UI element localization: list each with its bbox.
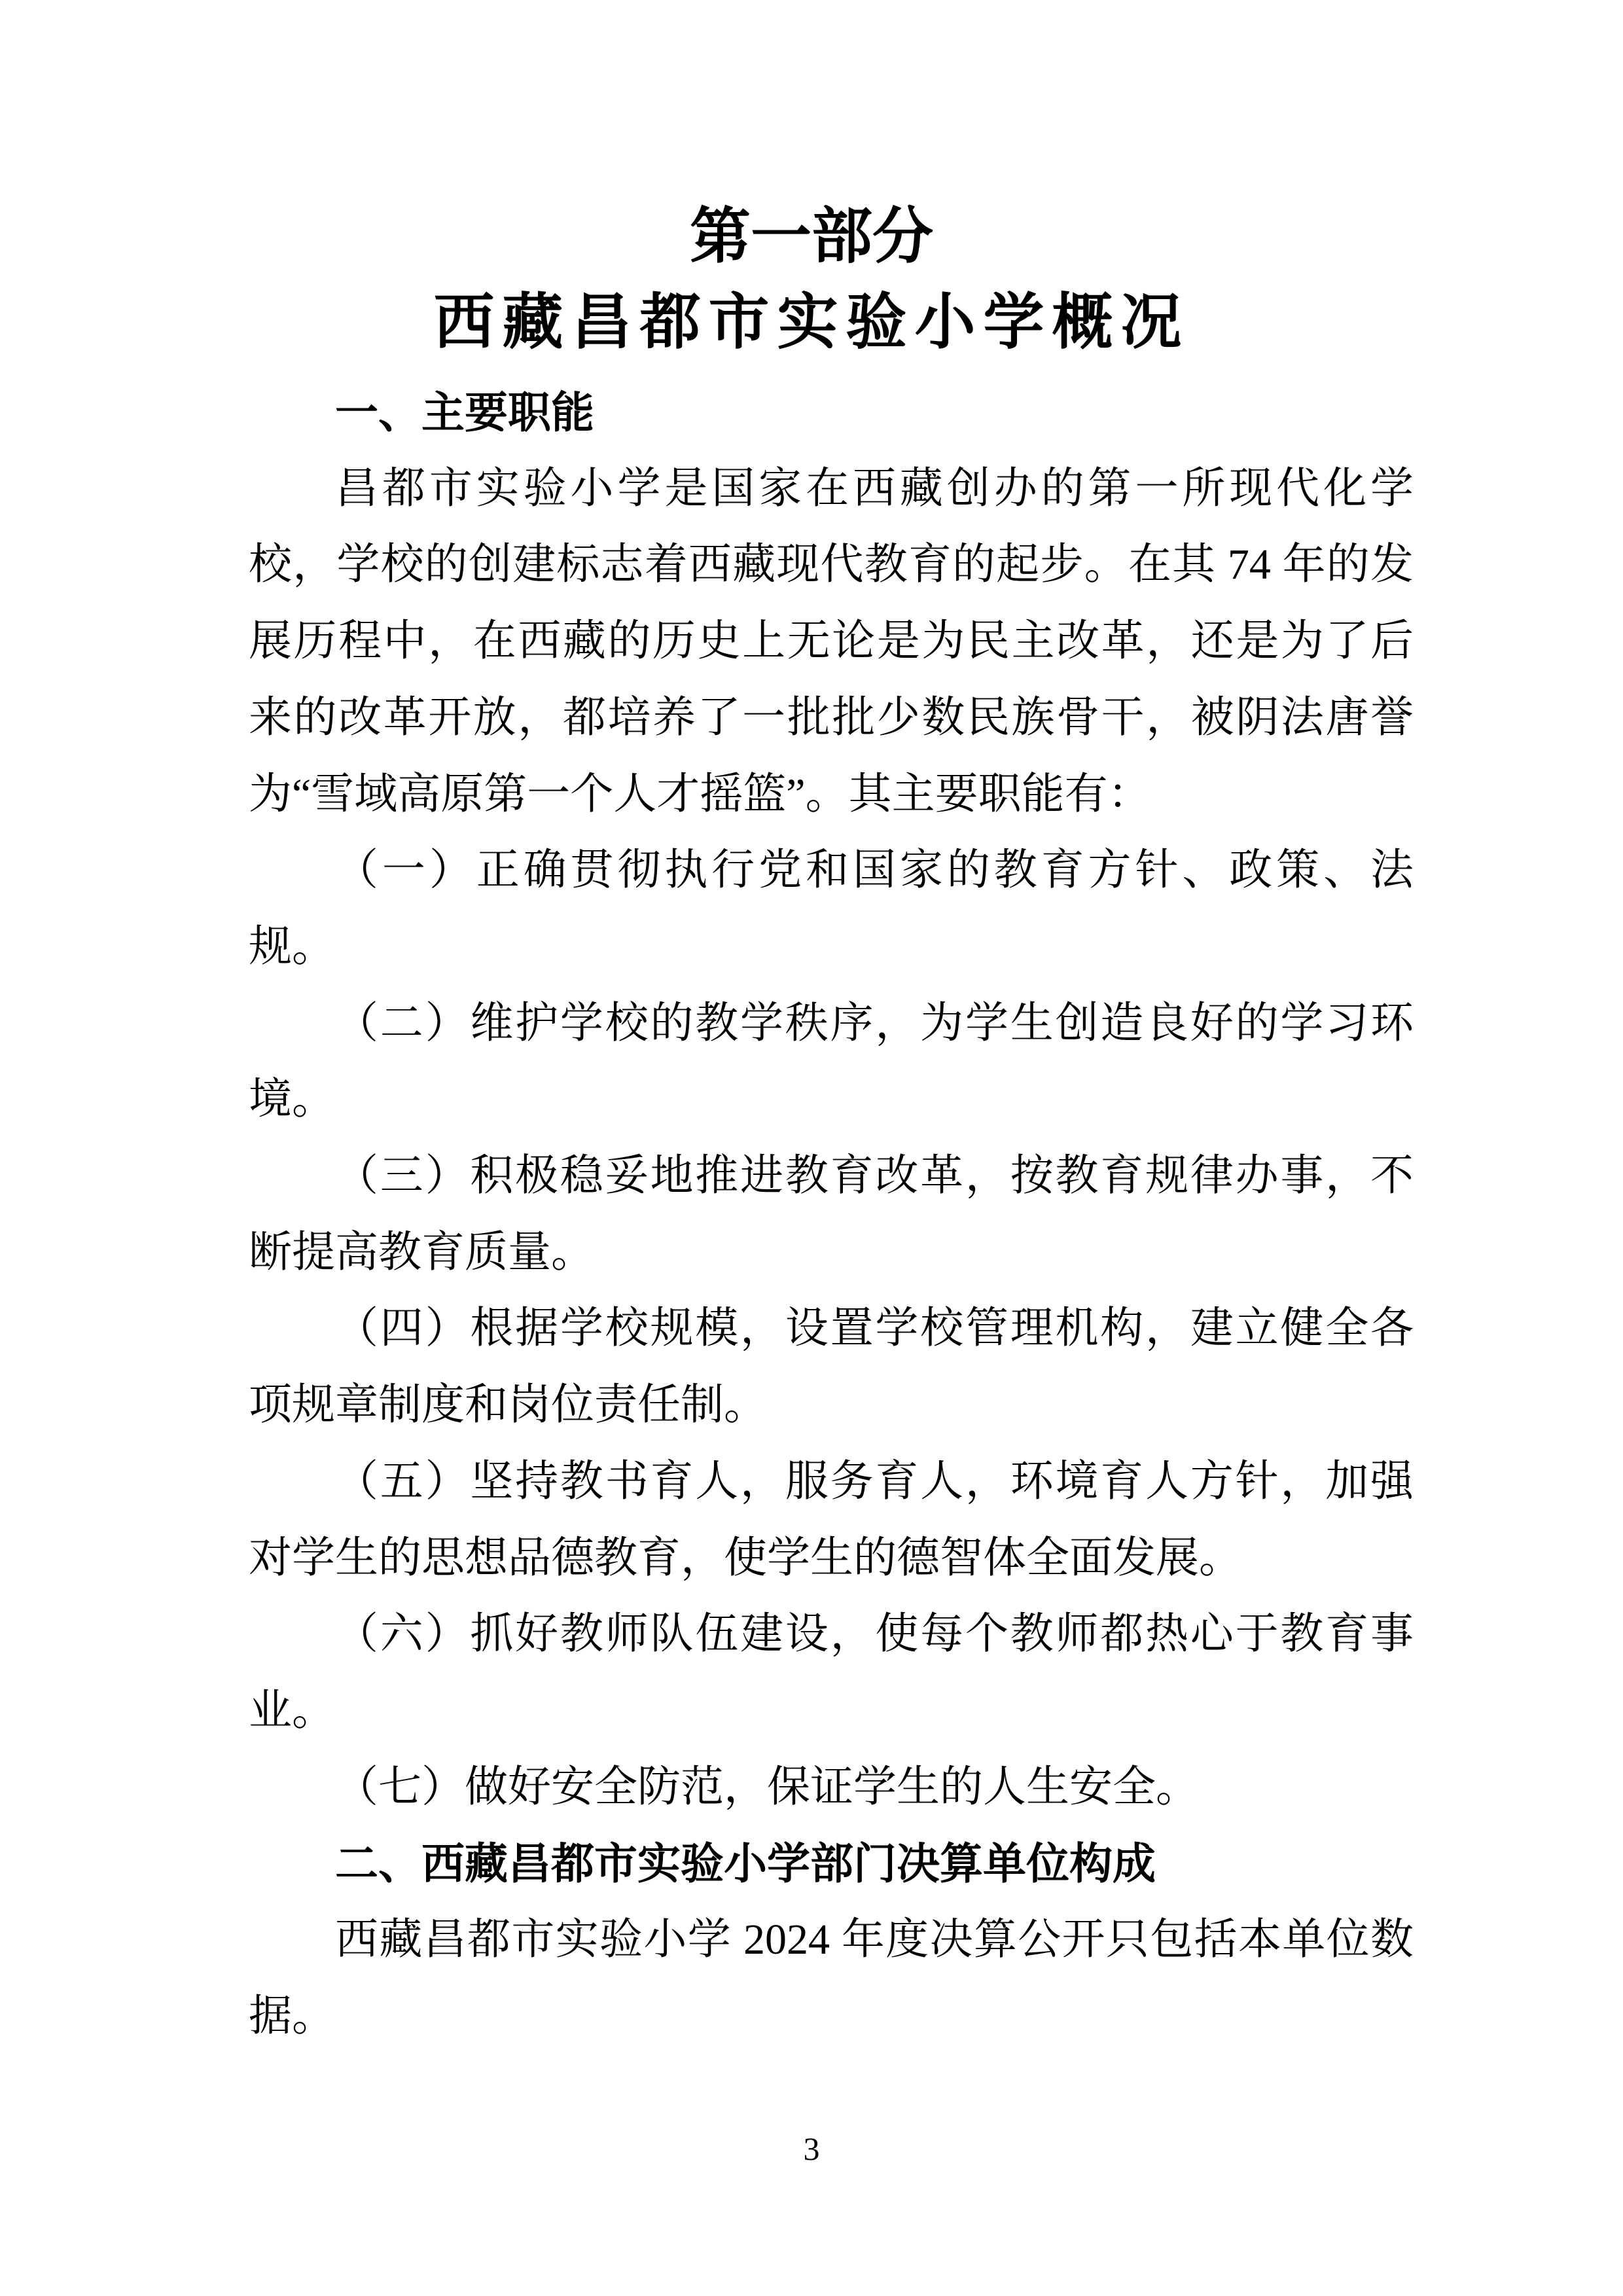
part-title: 西藏昌都市实验小学概况	[0, 279, 1623, 365]
document-page: { "page": { "number": "3", "background_c…	[0, 0, 1623, 2296]
page-number: 3	[804, 2130, 820, 2167]
paragraph-function-7: （七）做好安全防范，保证学生的人生安全。	[249, 1749, 1414, 1826]
section-heading-unit-composition: 二、西藏昌都市实验小学部门决算单位构成	[249, 1825, 1414, 1902]
section-heading-main-functions: 一、主要职能	[249, 374, 1414, 451]
document-body: 一、主要职能 昌都市实验小学是国家在西藏创办的第一所现代化学校，学校的创建标志着…	[249, 374, 1414, 2054]
paragraph-function-4: （四）根据学校规模，设置学校管理机构，建立健全各项规章制度和岗位责任制。	[249, 1291, 1414, 1443]
paragraph-function-5: （五）坚持教书育人，服务育人，环境育人方针，加强对学生的思想品德教育，使学生的德…	[249, 1444, 1414, 1596]
paragraph-function-3: （三）积极稳妥地推进教育改革，按教育规律办事，不断提高教育质量。	[249, 1138, 1414, 1291]
part-label: 第一部分	[0, 194, 1623, 279]
paragraph-function-6: （六）抓好教师队伍建设，使每个教师都热心于教育事业。	[249, 1596, 1414, 1749]
paragraph-school-overview: 昌都市实验小学是国家在西藏创办的第一所现代化学校，学校的创建标志着西藏现代教育的…	[249, 451, 1414, 833]
paragraph-function-1: （一）正确贯彻执行党和国家的教育方针、政策、法规。	[249, 833, 1414, 985]
document-title-block: 第一部分 西藏昌都市实验小学概况	[0, 194, 1623, 365]
page-footer: 3	[0, 2130, 1623, 2167]
paragraph-unit-composition: 西藏昌都市实验小学 2024 年度决算公开只包括本单位数据。	[249, 1902, 1414, 2054]
paragraph-function-2: （二）维护学校的教学秩序，为学生创造良好的学习环境。	[249, 986, 1414, 1138]
